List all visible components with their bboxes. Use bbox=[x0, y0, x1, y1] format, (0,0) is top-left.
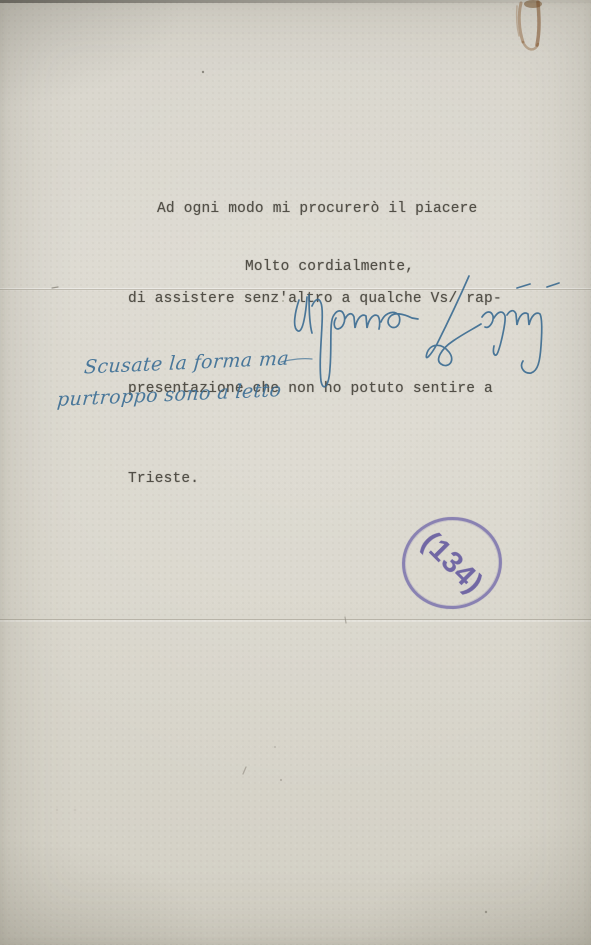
stain-mark bbox=[517, 0, 542, 49]
scan-edge-shadow bbox=[0, 0, 591, 3]
stamp-number: (134) bbox=[414, 525, 489, 600]
fold-crease-lower bbox=[0, 619, 591, 622]
closing-line: Molto cordialmente, bbox=[245, 252, 414, 282]
typed-line: Ad ogni modo mi procurerò il piacere bbox=[128, 194, 502, 224]
typed-line: di assistere senz'altro a qualche Vs/ ra… bbox=[128, 284, 502, 314]
typed-paragraph: Ad ogni modo mi procurerò il piacere di … bbox=[128, 134, 502, 554]
typed-line: Trieste. bbox=[128, 464, 502, 494]
letter-page: Ad ogni modo mi procurerò il piacere di … bbox=[0, 0, 591, 945]
